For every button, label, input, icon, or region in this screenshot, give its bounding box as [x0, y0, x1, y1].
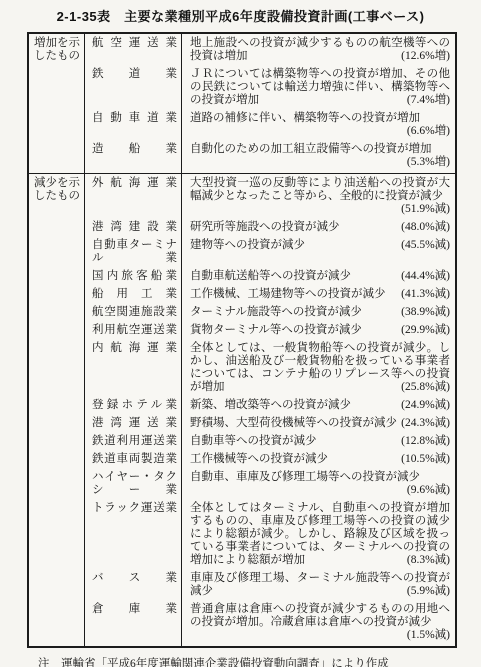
row-percentage: (7.4%増)	[407, 94, 450, 107]
row-description-text: 野積場、大型荷役機械等への投資が減少	[190, 417, 397, 429]
industry-name: 鉄道車両製造業	[85, 453, 182, 471]
row-percentage: (24.3%減)	[401, 417, 450, 430]
row-description: 工作機械、工場建物等への投資が減少(41.3%減)	[182, 288, 455, 306]
table-row: 外航海運業 大型投資一巡の反動等により油送船への投資が大幅減少となったこと等から…	[85, 174, 455, 221]
table-row: 登録ホテル業 新築、増改築等への投資が減少(24.9%減)	[85, 399, 455, 417]
table-row: 利用航空運送業 貨物ターミナル等への投資が減少(29.9%減)	[85, 324, 455, 342]
section-label: 減少を示したもの	[29, 174, 85, 646]
row-description: ターミナル施設等への投資が減少(38.9%減)	[182, 306, 455, 324]
industry-name: 港湾運送業	[85, 417, 182, 435]
industry-name: 利用航空運送業	[85, 324, 182, 342]
table-row: 航空関連施設業 ターミナル施設等への投資が減少(38.9%減)	[85, 306, 455, 324]
industry-name: 港湾建設業	[85, 221, 182, 239]
row-description-text: 道路の補修に伴い、構築物等への投資が増加	[190, 112, 420, 124]
industry-name: 航空関連施設業	[85, 306, 182, 324]
industry-name: 国内旅客船業	[85, 270, 182, 288]
row-description-text: 貨物ターミナル等への投資が減少	[190, 324, 362, 336]
table-row: トラック運送業 全体としてはターミナル、自動車への投資が増加するものの、車庫及び…	[85, 502, 455, 572]
table-row: 自動車ターミナル業 建物等への投資が減少(45.5%減)	[85, 239, 455, 270]
source-note: 注 運輸省「平成6年度運輸関連企業設備投資動向調査」により作成	[38, 657, 481, 667]
table-row: 国内旅客船業 自動車航送船等への投資が減少(44.4%減)	[85, 270, 455, 288]
row-description: ＪＲについては構築物等への投資が増加、その他の民鉄については輸送力増強に伴い、構…	[182, 68, 455, 112]
row-description: 新築、増改築等への投資が減少(24.9%減)	[182, 399, 455, 417]
row-percentage: (48.0%減)	[401, 221, 450, 234]
table-row: 船用工業 工作機械、工場建物等への投資が減少(41.3%減)	[85, 288, 455, 306]
row-percentage: (44.4%減)	[401, 270, 450, 283]
row-description: 建物等への投資が減少(45.5%減)	[182, 239, 455, 270]
industry-name: 外航海運業	[85, 174, 182, 221]
industry-name: 鉄道業	[85, 68, 182, 112]
row-percentage: (12.6%増)	[401, 50, 450, 63]
row-description: 自動車等への投資が減少(12.8%減)	[182, 435, 455, 453]
industry-name: 造船業	[85, 143, 182, 173]
table-section: 増加を示したもの 航空運送業 地上施設への投資が減少するものの航空機等への投資は…	[29, 34, 455, 173]
row-description: 地上施設への投資が減少するものの航空機等への投資は増加(12.6%増)	[182, 34, 455, 68]
investment-table: 増加を示したもの 航空運送業 地上施設への投資が減少するものの航空機等への投資は…	[27, 32, 457, 648]
row-description: 自動車、車庫及び修理工場等への投資が減少(9.6%減)	[182, 471, 455, 502]
row-percentage: (41.3%減)	[401, 288, 450, 301]
industry-name: ハイヤー・タクシー業	[85, 471, 182, 502]
row-percentage: (45.5%減)	[401, 239, 450, 252]
industry-name: 自動車道業	[85, 112, 182, 143]
row-description: 大型投資一巡の反動等により油送船への投資が大幅減少となったこと等から、全般的に投…	[182, 174, 455, 221]
row-description: 普通倉庫は倉庫への投資が減少するものの用地への投資が増加。冷蔵倉庫は倉庫への投資…	[182, 603, 455, 646]
row-description-text: 工作機械、工場建物等への投資が減少	[190, 288, 386, 300]
row-description: 車庫及び修理工場、ターミナル施設等への投資が減少(5.9%減)	[182, 572, 455, 603]
table-row: 倉庫業 普通倉庫は倉庫への投資が減少するものの用地への投資が増加。冷蔵倉庫は倉庫…	[85, 603, 455, 646]
section-rows: 航空運送業 地上施設への投資が減少するものの航空機等への投資は増加(12.6%増…	[85, 34, 455, 173]
row-description: 野積場、大型荷役機械等への投資が減少(24.3%減)	[182, 417, 455, 435]
row-description-text: 建物等への投資が減少	[190, 239, 305, 251]
row-description-text: 自動車航送船等への投資が減少	[190, 270, 351, 282]
row-description: 全体としては、一般貨物船等への投資が減少。しかし、油送船及び一般貨物船を扱ってい…	[182, 342, 455, 399]
table-title: 2-1-35表 主要な業種別平成6年度設備投資計画(工事ベース)	[0, 0, 481, 25]
row-description-text: 研究所等施設への投資が減少	[190, 221, 340, 233]
row-description-text: 自動車等への投資が減少	[190, 435, 317, 447]
row-percentage: (10.5%減)	[401, 453, 450, 466]
industry-name: 鉄道利用運送業	[85, 435, 182, 453]
table-row: 鉄道業 ＪＲについては構築物等への投資が増加、その他の民鉄については輸送力増強に…	[85, 68, 455, 112]
row-percentage: (6.6%増)	[407, 125, 450, 138]
row-percentage: (8.3%減)	[407, 554, 450, 567]
row-description: 研究所等施設への投資が減少(48.0%減)	[182, 221, 455, 239]
row-description: 自動車航送船等への投資が減少(44.4%減)	[182, 270, 455, 288]
row-percentage: (25.8%減)	[401, 381, 450, 394]
table-row: 鉄道利用運送業 自動車等への投資が減少(12.8%減)	[85, 435, 455, 453]
row-percentage: (9.6%減)	[407, 484, 450, 497]
row-description: 工作機械等への投資が減少(10.5%減)	[182, 453, 455, 471]
industry-name: 倉庫業	[85, 603, 182, 646]
row-description-text: 自動化のための加工組立設備等への投資が増加	[190, 143, 432, 155]
row-description-text: 新築、増改築等への投資が減少	[190, 399, 351, 411]
row-description-text: 普通倉庫は倉庫への投資が減少するものの用地への投資が増加。冷蔵倉庫は倉庫への投資…	[190, 603, 450, 628]
section-rows: 外航海運業 大型投資一巡の反動等により油送船への投資が大幅減少となったこと等から…	[85, 174, 455, 646]
industry-name: バス業	[85, 572, 182, 603]
page: 2-1-35表 主要な業種別平成6年度設備投資計画(工事ベース) 増加を示したも…	[0, 0, 481, 667]
table-section: 減少を示したもの 外航海運業 大型投資一巡の反動等により油送船への投資が大幅減少…	[29, 173, 455, 646]
table-row: 自動車道業 道路の補修に伴い、構築物等への投資が増加(6.6%増)	[85, 112, 455, 143]
row-percentage: (12.8%減)	[401, 435, 450, 448]
industry-name: 登録ホテル業	[85, 399, 182, 417]
row-percentage: (1.5%減)	[407, 629, 450, 642]
row-percentage: (51.9%減)	[401, 203, 450, 216]
row-percentage: (24.9%減)	[401, 399, 450, 412]
row-description-text: 工作機械等への投資が減少	[190, 453, 328, 465]
table-row: 港湾建設業 研究所等施設への投資が減少(48.0%減)	[85, 221, 455, 239]
industry-name: 航空運送業	[85, 34, 182, 68]
row-description-text: 自動車、車庫及び修理工場等への投資が減少	[190, 471, 420, 483]
table-row: 内航海運業 全体としては、一般貨物船等への投資が減少。しかし、油送船及び一般貨物…	[85, 342, 455, 399]
row-description-text: 大型投資一巡の反動等により油送船への投資が大幅減少となったこと等から、全般的に投…	[190, 177, 450, 202]
industry-name: 自動車ターミナル業	[85, 239, 182, 270]
row-percentage: (5.3%増)	[407, 156, 450, 169]
table-row: ハイヤー・タクシー業 自動車、車庫及び修理工場等への投資が減少(9.6%減)	[85, 471, 455, 502]
industry-name: 船用工業	[85, 288, 182, 306]
row-description: 貨物ターミナル等への投資が減少(29.9%減)	[182, 324, 455, 342]
row-description: 道路の補修に伴い、構築物等への投資が増加(6.6%増)	[182, 112, 455, 143]
table-row: 造船業 自動化のための加工組立設備等への投資が増加(5.3%増)	[85, 143, 455, 173]
industry-name: 内航海運業	[85, 342, 182, 399]
industry-name: トラック運送業	[85, 502, 182, 572]
row-percentage: (5.9%減)	[407, 585, 450, 598]
row-percentage: (29.9%減)	[401, 324, 450, 337]
table-row: 鉄道車両製造業 工作機械等への投資が減少(10.5%減)	[85, 453, 455, 471]
row-percentage: (38.9%減)	[401, 306, 450, 319]
row-description: 自動化のための加工組立設備等への投資が増加(5.3%増)	[182, 143, 455, 173]
row-description-text: ターミナル施設等への投資が減少	[190, 306, 362, 318]
row-description: 全体としてはターミナル、自動車への投資が増加するものの、車庫及び修理工場等への投…	[182, 502, 455, 572]
section-label: 増加を示したもの	[29, 34, 85, 173]
table-row: 港湾運送業 野積場、大型荷役機械等への投資が減少(24.3%減)	[85, 417, 455, 435]
table-row: バス業 車庫及び修理工場、ターミナル施設等への投資が減少(5.9%減)	[85, 572, 455, 603]
table-row: 航空運送業 地上施設への投資が減少するものの航空機等への投資は増加(12.6%増…	[85, 34, 455, 68]
